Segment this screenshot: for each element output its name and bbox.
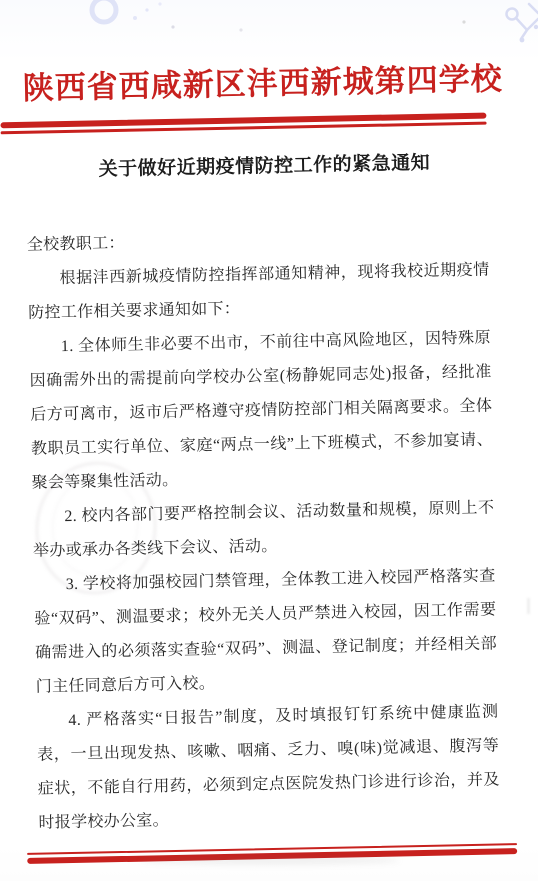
scanned-notice-photo: 陕西省西咸新区沣西新城第四学校 关于做好近期疫情防控工作的紧急通知 全校教职工：… <box>0 0 538 881</box>
body-paragraph: 根据沣西新城疫情防控指挥部通知精神，现将我校近期疫情防控工作相关要求通知如下： <box>27 253 490 330</box>
body-paragraph: 3. 学校将加强校园门禁管理，全体教工进入校园严格落实查验“双码”、测温要求；校… <box>33 559 498 704</box>
body-paragraph: 4. 严格落实“日报告”制度，及时填报钉钉系统中健康监测表，一旦出现发热、咳嗽、… <box>36 695 501 840</box>
body-paragraph: 1. 全体师生非必要不出市，不前往中高风险地区，因特殊原因确需外出的需提前向学校… <box>29 321 494 500</box>
footer-divider <box>27 843 517 864</box>
body-paragraph: 2. 校内各部门要严格控制会议、活动数量和规模，原则上不举办或承办各类线下会议、… <box>32 491 495 568</box>
header-divider <box>0 113 486 134</box>
notice-page: 陕西省西咸新区沣西新城第四学校 关于做好近期疫情防控工作的紧急通知 全校教职工：… <box>0 0 538 881</box>
school-name-heading: 陕西省西咸新区沣西新城第四学校 <box>3 53 522 108</box>
notice-body: 全校教职工： 根据沣西新城疫情防控指挥部通知精神，现将我校近期疫情防控工作相关要… <box>27 219 501 840</box>
notice-title: 关于做好近期疫情防控工作的紧急通知 <box>0 145 534 183</box>
